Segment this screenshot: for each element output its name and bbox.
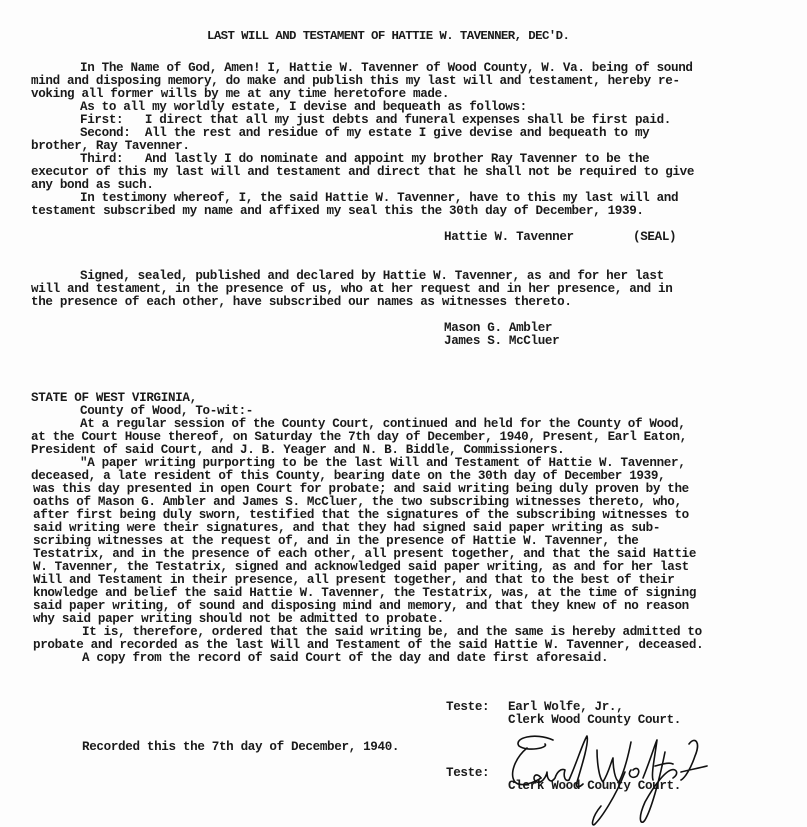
seal-label: (SEAL): [633, 231, 676, 244]
teste-label: Teste:: [446, 701, 489, 714]
document-title: LAST WILL AND TESTAMENT OF HATTIE W. TAV…: [207, 30, 569, 43]
witness-name: James S. McCluer: [444, 335, 559, 348]
attestation-line: the presence of each other, have subscri…: [31, 296, 572, 309]
testator-signature: Hattie W. Tavenner: [444, 231, 574, 244]
recorded-line: Recorded this the 7th day of December, 1…: [82, 741, 399, 754]
probate-line: A copy from the record of said Court of …: [82, 652, 608, 665]
will-line: testament subscribed my name and affixed…: [31, 205, 644, 218]
teste-label: Teste:: [446, 767, 489, 780]
handwritten-signature: [505, 722, 720, 827]
document-page: LAST WILL AND TESTAMENT OF HATTIE W. TAV…: [0, 0, 807, 827]
